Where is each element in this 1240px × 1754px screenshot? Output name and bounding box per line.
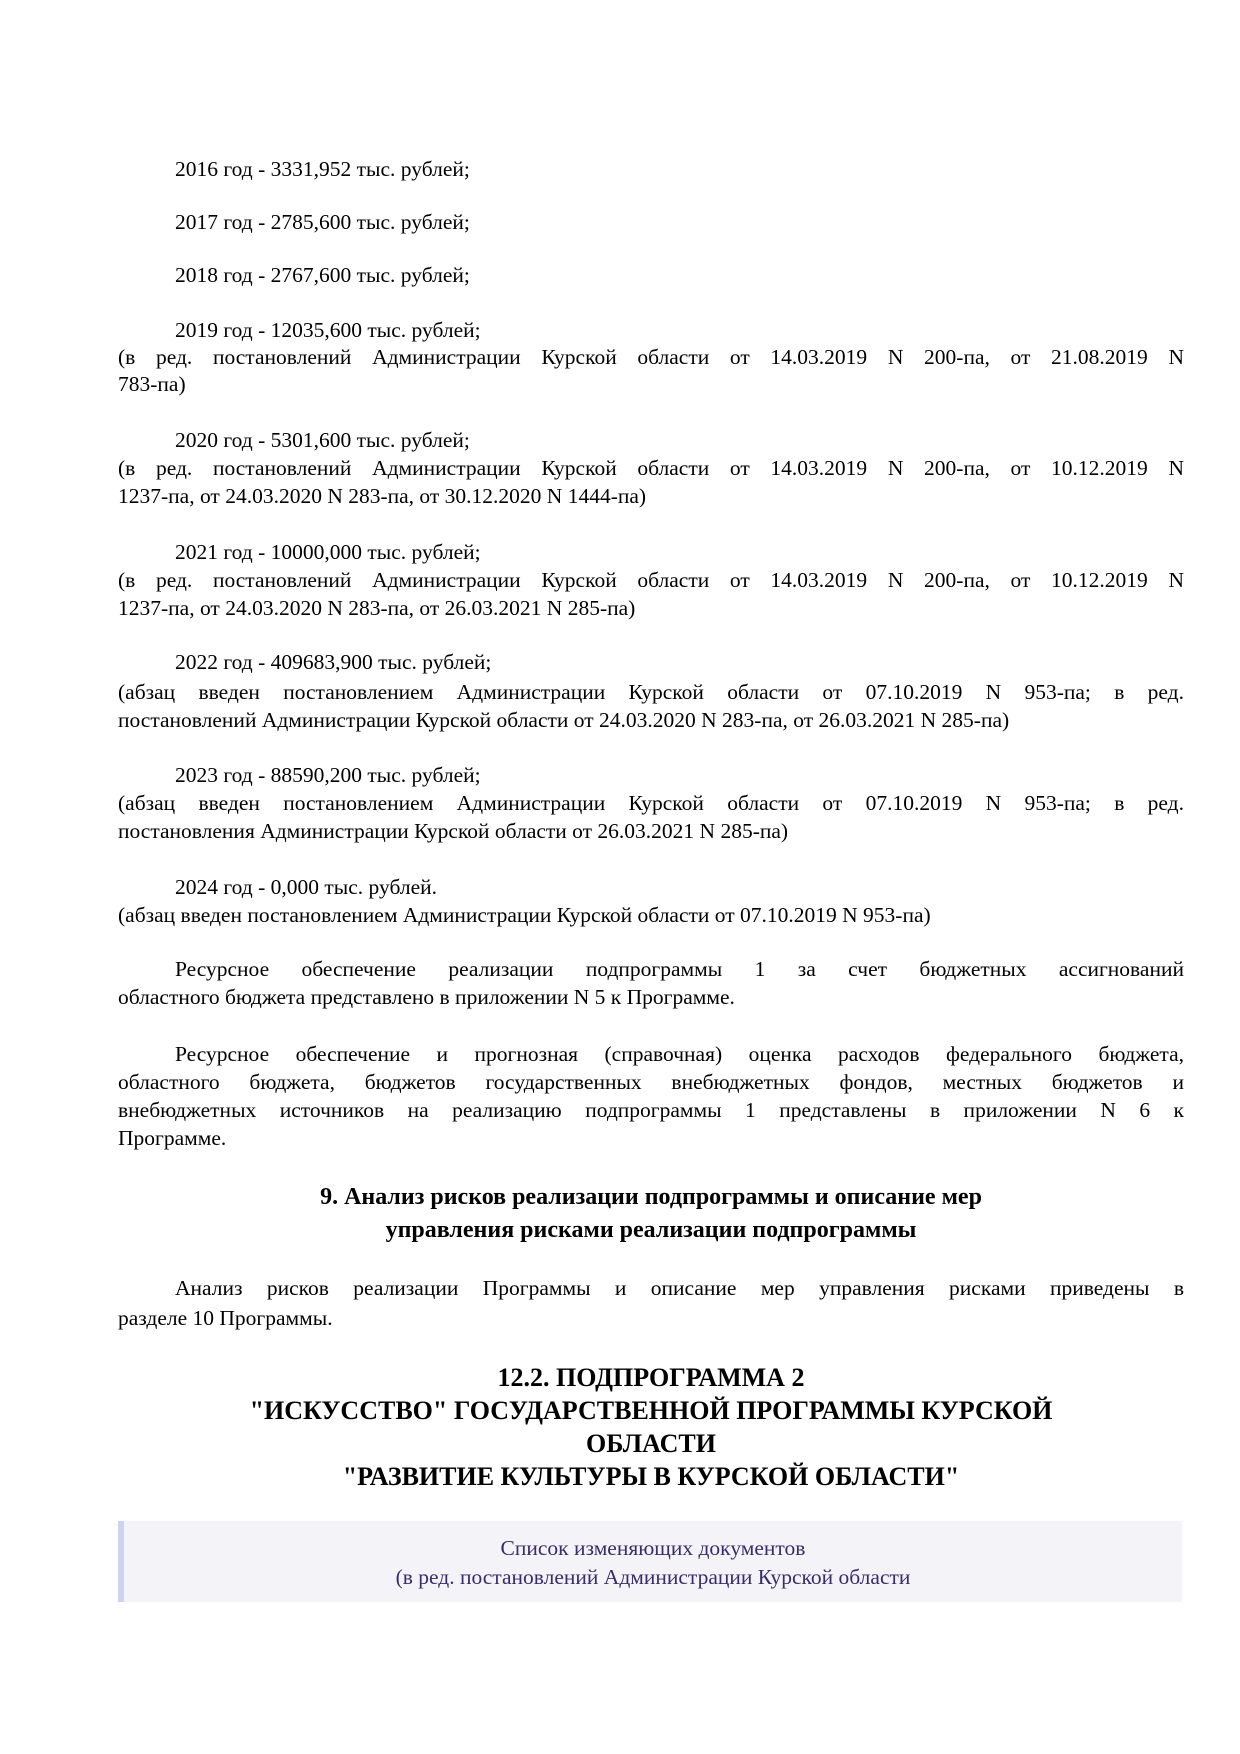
amendment-note: 783-па) — [118, 370, 1184, 398]
amendment-note: 1237-па, от 24.03.2020 N 283-па, от 30.1… — [118, 482, 1184, 510]
paragraph-line: внебюджетных источников на реализацию по… — [118, 1096, 1184, 1124]
document-page: 2016 год - 3331,952 тыс. рублей; 2017 го… — [0, 0, 1240, 1754]
funding-year-2021: 2021 год - 10000,000 тыс. рублей; — [175, 538, 1184, 566]
amendment-note: (абзац введен постановлением Администрац… — [118, 789, 1184, 817]
amendment-note: (в ред. постановлений Администрации Курс… — [118, 343, 1184, 371]
amendments-box: Список изменяющих документов (в ред. пос… — [118, 1521, 1182, 1602]
paragraph-line: Программе. — [118, 1124, 1184, 1152]
paragraph-line: областного бюджета, бюджетов государстве… — [118, 1068, 1184, 1096]
funding-year-2018: 2018 год - 2767,600 тыс. рублей; — [175, 261, 1184, 289]
funding-year-2017: 2017 год - 2785,600 тыс. рублей; — [175, 208, 1184, 236]
amendment-note: (абзац введен постановлением Администрац… — [118, 678, 1184, 706]
paragraph-line: Ресурсное обеспечение и прогнозная (спра… — [175, 1040, 1184, 1068]
heading-line: 12.2. ПОДПРОГРАММА 2 — [118, 1361, 1184, 1394]
funding-year-2024: 2024 год - 0,000 тыс. рублей. — [175, 873, 1184, 901]
amendment-note: (абзац введен постановлением Администрац… — [118, 901, 1184, 929]
paragraph-line: Анализ рисков реализации Программы и опи… — [175, 1274, 1184, 1302]
amendment-note: (в ред. постановлений Администрации Курс… — [118, 566, 1184, 594]
heading-line: управления рисками реализации подпрограм… — [118, 1214, 1184, 1246]
funding-year-2019: 2019 год - 12035,600 тыс. рублей; — [175, 316, 1184, 344]
amendment-note: 1237-па, от 24.03.2020 N 283-па, от 26.0… — [118, 594, 1184, 622]
heading-line: "ИСКУССТВО" ГОСУДАРСТВЕННОЙ ПРОГРАММЫ КУ… — [118, 1394, 1184, 1427]
funding-year-2022: 2022 год - 409683,900 тыс. рублей; — [175, 648, 1184, 676]
heading-line: 9. Анализ рисков реализации подпрограммы… — [118, 1181, 1184, 1213]
heading-line: "РАЗВИТИЕ КУЛЬТУРЫ В КУРСКОЙ ОБЛАСТИ" — [118, 1460, 1184, 1493]
amendment-note: постановлений Администрации Курской обла… — [118, 706, 1184, 734]
amendments-box-subtitle: (в ред. постановлений Администрации Курс… — [124, 1563, 1182, 1591]
paragraph-line: Ресурсное обеспечение реализации подпрог… — [175, 955, 1184, 983]
amendment-note: (в ред. постановлений Администрации Курс… — [118, 454, 1184, 482]
funding-year-2020: 2020 год - 5301,600 тыс. рублей; — [175, 426, 1184, 454]
amendments-box-title: Список изменяющих документов — [124, 1534, 1182, 1562]
paragraph-line: разделе 10 Программы. — [118, 1304, 1184, 1332]
funding-year-2016: 2016 год - 3331,952 тыс. рублей; — [175, 155, 1184, 183]
amendment-note: постановления Администрации Курской обла… — [118, 817, 1184, 845]
paragraph-line: областного бюджета представлено в прилож… — [118, 983, 1184, 1011]
heading-line: ОБЛАСТИ — [118, 1427, 1184, 1460]
funding-year-2023: 2023 год - 88590,200 тыс. рублей; — [175, 761, 1184, 789]
